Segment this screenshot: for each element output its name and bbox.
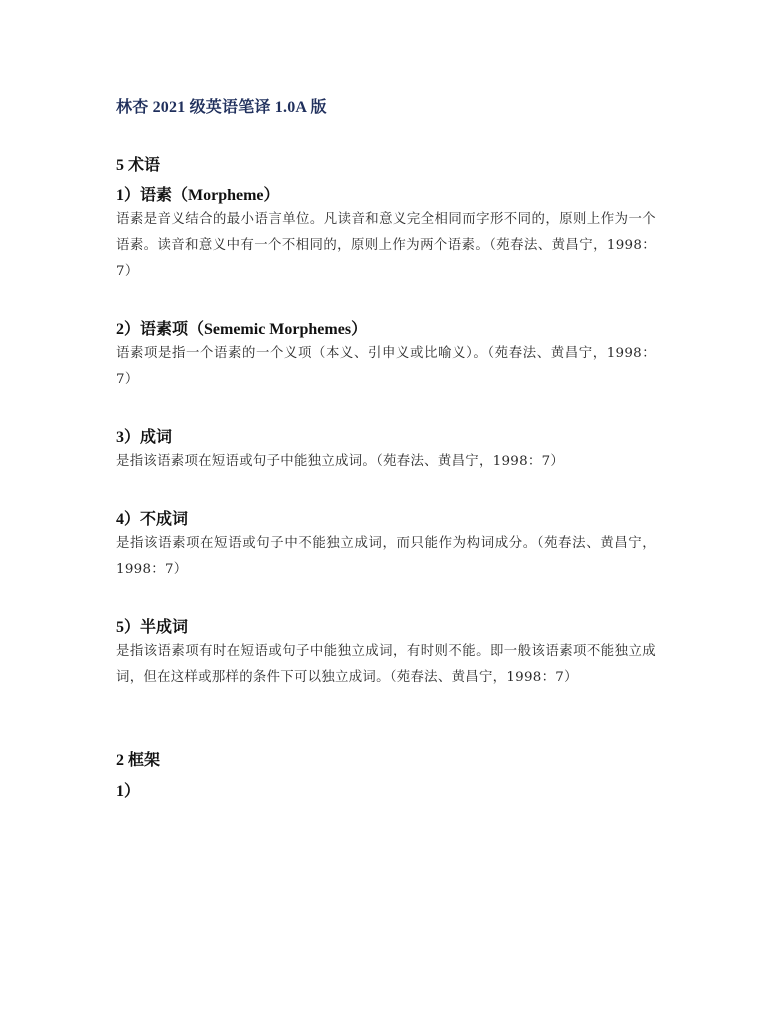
term-body-bound-word: 是指该语素项在短语或句子中不能独立成词，而只能作为构词成分。（苑春法、黄昌宁，1… bbox=[116, 531, 656, 583]
section-heading-terms: 5 术语 bbox=[116, 152, 160, 175]
term-body-semi-free-word: 是指该语素项有时在短语或句子中能独立成词，有时则不能。即一般该语素项不能独立成词… bbox=[116, 639, 656, 691]
term-body-sememic-morphemes: 语素项是指一个语素的一个义项（本义、引申义或比喻义）。（苑春法、黄昌宁，1998… bbox=[116, 341, 656, 393]
framework-item-1-heading: 1） bbox=[116, 778, 140, 801]
term-heading-bound-word: 4）不成词 bbox=[116, 506, 188, 529]
term-heading-morpheme: 1）语素（Morpheme） bbox=[116, 182, 280, 205]
term-heading-sememic-morphemes: 2）语素项（Sememic Morphemes） bbox=[116, 316, 367, 339]
term-heading-free-word: 3）成词 bbox=[116, 424, 172, 447]
section-heading-framework: 2 框架 bbox=[116, 747, 160, 770]
term-body-free-word: 是指该语素项在短语或句子中能独立成词。（苑春法、黄昌宁，1998：7） bbox=[116, 449, 656, 475]
document-title: 林杏 2021 级英语笔译 1.0A 版 bbox=[116, 94, 327, 117]
term-body-morpheme: 语素是音义结合的最小语言单位。凡读音和意义完全相同而字形不同的，原则上作为一个语… bbox=[116, 207, 656, 285]
term-heading-semi-free-word: 5）半成词 bbox=[116, 614, 188, 637]
